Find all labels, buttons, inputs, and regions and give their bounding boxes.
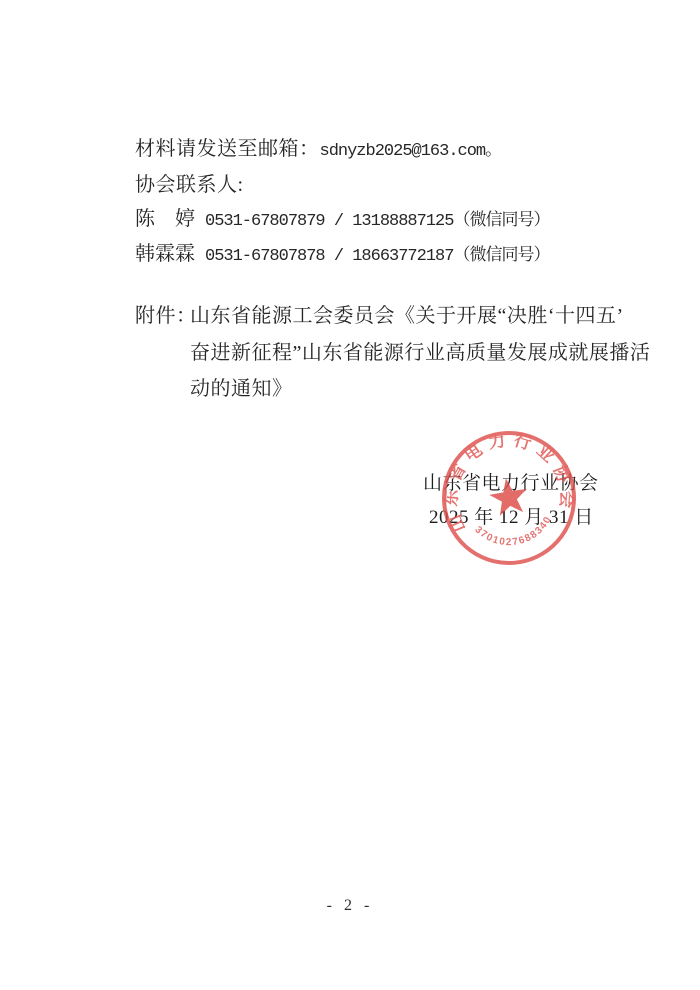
attachment-line: 奋进新征程”山东省能源行业高质量发展成就展播活: [190, 336, 650, 365]
contact-info: 0531-67807879 / 13188887125（微信同号）: [205, 212, 549, 231]
email-line: 材料请发送至邮箱：sdnyzb2025@163.com。: [135, 132, 501, 161]
email-label: 材料请发送至邮箱：: [135, 138, 320, 160]
signature-org: 山东省电力行业协会: [423, 468, 599, 495]
page-number: - 2 -: [0, 897, 700, 915]
contact-row: 韩霖霖0531-67807878 / 18663772187（微信同号）: [135, 237, 549, 266]
attachment-line: 动的通知》: [190, 372, 293, 401]
contact-row: 陈 婷0531-67807879 / 13188887125（微信同号）: [135, 202, 549, 231]
attachment-label: 附件：: [135, 299, 197, 328]
contact-info: 0531-67807878 / 18663772187（微信同号）: [205, 247, 549, 266]
contact-name: 陈 婷: [135, 202, 197, 231]
official-seal: 山东省电力行业协会 3701027688340: [423, 412, 595, 584]
attachment-line: 山东省能源工会委员会《关于开展“决胜‘十四五’: [190, 299, 624, 328]
email-address: sdnyzb2025@163.com。: [320, 142, 502, 161]
contacts-heading: 协会联系人:: [135, 168, 244, 197]
signature-date: 2025 年 12 月 31 日: [429, 502, 594, 529]
document-page: 材料请发送至邮箱：sdnyzb2025@163.com。 协会联系人: 陈 婷0…: [0, 0, 700, 990]
contact-name: 韩霖霖: [135, 237, 197, 266]
seal-ring: [435, 424, 584, 573]
